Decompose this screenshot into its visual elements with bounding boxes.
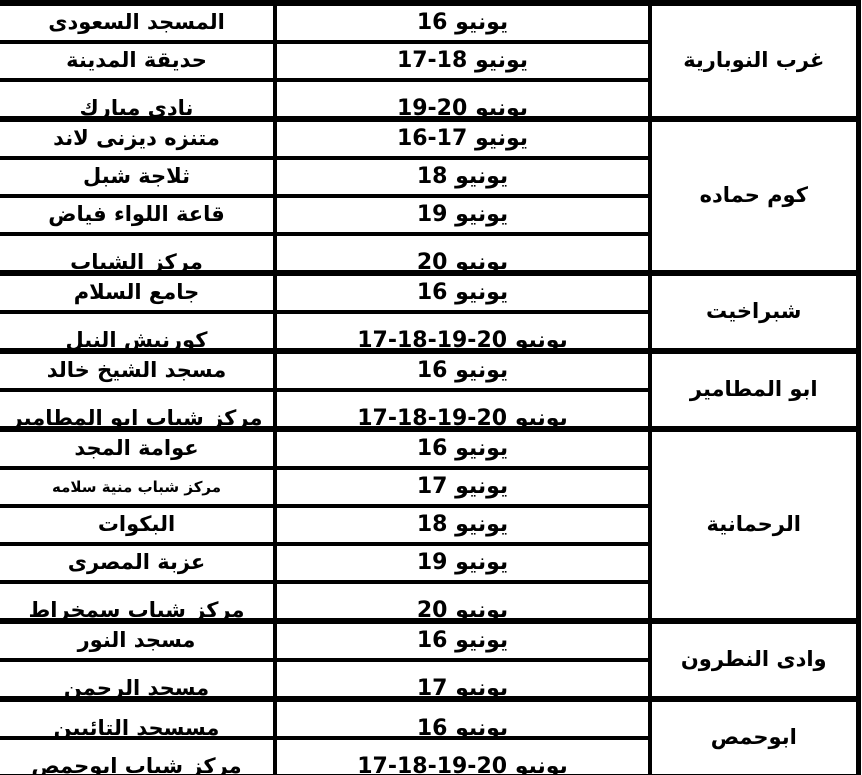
table-row: غرب النوبارية16 يونيوالمسجد السعودى xyxy=(0,3,858,42)
venue-cell: مسسجد التائبين xyxy=(0,699,275,738)
district-name: ابوحمص xyxy=(711,725,797,749)
venue-cell: ثلاجة شبل xyxy=(0,158,275,196)
date-cell: 17-18-19-20 يونيو xyxy=(275,312,650,351)
venue-name: كورنيش النيل xyxy=(66,329,208,348)
venue-cell: حديقة المدينة xyxy=(0,42,275,80)
district-cell: وادى النطرون xyxy=(650,621,858,699)
date-value: 17-18-19-20 يونيو xyxy=(357,329,568,348)
date-cell: 20 يونيو xyxy=(275,234,650,273)
date-value: 19 يونيو xyxy=(417,203,508,227)
date-value: 19 يونيو xyxy=(417,551,508,575)
venue-cell: مسجد الشيخ خالد xyxy=(0,351,275,390)
venue-cell: مركز شباب ابوحمص xyxy=(0,738,275,775)
table-row: الرحمانية16 يونيوعوامة المجد xyxy=(0,429,858,468)
venue-name: مركز شباب منية سلامه xyxy=(52,479,221,496)
schedule-table: غرب النوبارية16 يونيوالمسجد السعودى17-18… xyxy=(0,0,861,775)
venue-name: حديقة المدينة xyxy=(66,49,207,72)
district-name: غرب النوبارية xyxy=(683,48,824,72)
venue-cell: البكوات xyxy=(0,506,275,544)
date-value: 17 يونيو xyxy=(417,677,508,696)
district-name: وادى النطرون xyxy=(681,647,827,671)
venue-cell: مركز الشباب xyxy=(0,234,275,273)
date-cell: 16 يونيو xyxy=(275,351,650,390)
table-row: ابو المطامير16 يونيومسجد الشيخ خالد xyxy=(0,351,858,390)
venue-cell: المسجد السعودى xyxy=(0,3,275,42)
date-value: 17 يونيو xyxy=(417,475,508,499)
venue-cell: مركز شباب ابو المطامير xyxy=(0,390,275,429)
date-value: 17-18-19-20 يونيو xyxy=(357,407,568,426)
date-cell: 20 يونيو xyxy=(275,582,650,621)
date-cell: 17-18-19-20 يونيو xyxy=(275,390,650,429)
district-cell: شبراخيت xyxy=(650,273,858,351)
date-cell: 16 يونيو xyxy=(275,621,650,660)
schedule-table-body: غرب النوبارية16 يونيوالمسجد السعودى17-18… xyxy=(0,3,858,775)
date-value: 16 يونيو xyxy=(417,437,508,461)
district-cell: الرحمانية xyxy=(650,429,858,621)
venue-cell: مسجد النور xyxy=(0,621,275,660)
date-value: 16 يونيو xyxy=(417,359,508,383)
district-name: شبراخيت xyxy=(706,299,801,323)
venue-cell: عزبة المصرى xyxy=(0,544,275,582)
date-value: 16 يونيو xyxy=(417,717,508,736)
date-value: 17-18 يونيو xyxy=(397,49,528,73)
venue-name: مركز الشباب xyxy=(70,251,203,270)
venue-cell: كورنيش النيل xyxy=(0,312,275,351)
venue-name: عوامة المجد xyxy=(74,437,198,460)
date-cell: 17-18-19-20 يونيو xyxy=(275,738,650,775)
date-cell: 16 يونيو xyxy=(275,273,650,312)
date-cell: 16 يونيو xyxy=(275,699,650,738)
venue-name: مسسجد التائبين xyxy=(54,717,220,736)
venue-name: مركز شباب سمخراط xyxy=(28,599,244,618)
date-cell: 18 يونيو xyxy=(275,158,650,196)
venue-cell: متنزه ديزنى لاند xyxy=(0,119,275,158)
table-row: وادى النطرون16 يونيومسجد النور xyxy=(0,621,858,660)
date-cell: 16-17 يونيو xyxy=(275,119,650,158)
district-cell: ابو المطامير xyxy=(650,351,858,429)
venue-cell: مركز شباب منية سلامه xyxy=(0,468,275,506)
date-cell: 16 يونيو xyxy=(275,429,650,468)
date-value: 20 يونيو xyxy=(417,599,508,618)
date-cell: 19 يونيو xyxy=(275,196,650,234)
venue-name: مسجد الرحمن xyxy=(64,677,209,696)
venue-cell: عوامة المجد xyxy=(0,429,275,468)
venue-cell: مسجد الرحمن xyxy=(0,660,275,699)
table-row: كوم حماده16-17 يونيومتنزه ديزنى لاند xyxy=(0,119,858,158)
date-value: 16 يونيو xyxy=(417,281,508,305)
venue-cell: قاعة اللواء فياض xyxy=(0,196,275,234)
venue-name: عزبة المصرى xyxy=(68,551,206,574)
date-cell: 19 يونيو xyxy=(275,544,650,582)
date-value: 18 يونيو xyxy=(417,513,508,537)
venue-cell: جامع السلام xyxy=(0,273,275,312)
date-value: 16 يونيو xyxy=(417,11,508,35)
venue-name: مسجد الشيخ خالد xyxy=(47,359,226,382)
venue-name: مركز شباب ابوحمص xyxy=(31,755,241,774)
venue-cell: نادى مبارك xyxy=(0,80,275,119)
date-value: 16-17 يونيو xyxy=(397,127,528,151)
table-row: ابوحمص16 يونيومسسجد التائبين xyxy=(0,699,858,738)
district-name: الرحمانية xyxy=(707,512,801,536)
date-cell: 18 يونيو xyxy=(275,506,650,544)
district-name: كوم حماده xyxy=(700,183,808,207)
venue-name: ثلاجة شبل xyxy=(83,165,190,188)
date-value: 20 يونيو xyxy=(417,251,508,270)
venue-cell: مركز شباب سمخراط xyxy=(0,582,275,621)
venue-name: البكوات xyxy=(98,513,175,536)
district-cell: كوم حماده xyxy=(650,119,858,273)
date-cell: 19-20 يونيو xyxy=(275,80,650,119)
district-cell: غرب النوبارية xyxy=(650,3,858,119)
district-cell: ابوحمص xyxy=(650,699,858,775)
date-value: 19-20 يونيو xyxy=(397,97,528,116)
district-name: ابو المطامير xyxy=(690,377,818,401)
date-value: 18 يونيو xyxy=(417,165,508,189)
date-cell: 16 يونيو xyxy=(275,3,650,42)
date-value: 16 يونيو xyxy=(417,629,508,653)
venue-name: نادى مبارك xyxy=(80,97,194,116)
table-row: شبراخيت16 يونيوجامع السلام xyxy=(0,273,858,312)
venue-name: متنزه ديزنى لاند xyxy=(53,127,220,150)
date-cell: 17 يونيو xyxy=(275,660,650,699)
date-cell: 17-18 يونيو xyxy=(275,42,650,80)
date-value: 17-18-19-20 يونيو xyxy=(357,755,568,774)
date-cell: 17 يونيو xyxy=(275,468,650,506)
venue-name: جامع السلام xyxy=(74,281,199,304)
venue-name: قاعة اللواء فياض xyxy=(48,203,225,226)
venue-name: المسجد السعودى xyxy=(48,11,225,34)
venue-name: مركز شباب ابو المطامير xyxy=(11,407,263,426)
scanned-schedule-page: غرب النوبارية16 يونيوالمسجد السعودى17-18… xyxy=(0,0,862,775)
venue-name: مسجد النور xyxy=(78,629,196,652)
